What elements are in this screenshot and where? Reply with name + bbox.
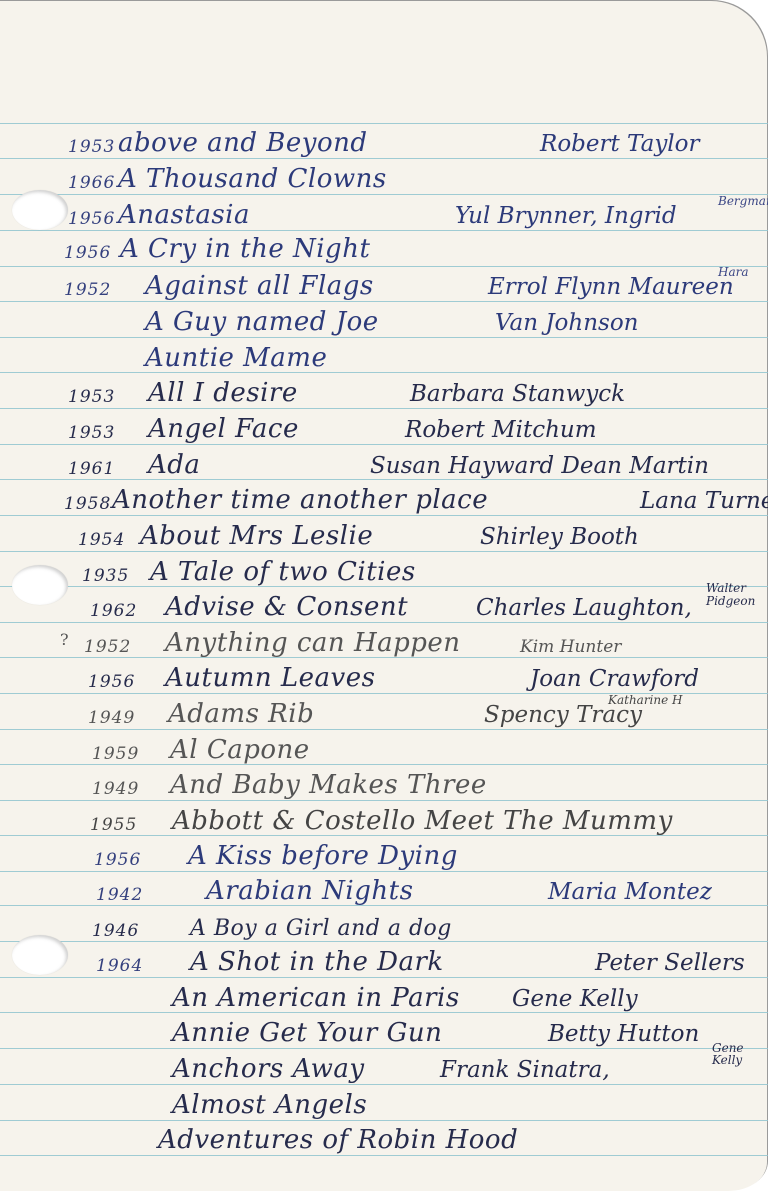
entry-star: Betty Hutton bbox=[548, 1023, 699, 1046]
notebook-page: 1953 above and Beyond Robert Taylor 1966… bbox=[0, 0, 768, 1191]
list-entry: 1953 All I desire Barbara Stanwyck bbox=[0, 372, 768, 408]
list-entry: 1935 A Tale of two Cities bbox=[0, 551, 768, 587]
entry-title: Autumn Leaves bbox=[165, 665, 375, 691]
entry-year: 1956 bbox=[64, 245, 111, 262]
list-entry: 1953 Angel Face Robert Mitchum bbox=[0, 408, 768, 444]
entry-title: Against all Flags bbox=[145, 273, 374, 299]
entry-star: Maria Montez bbox=[548, 881, 712, 904]
entry-title: Abbott & Costello Meet The Mummy bbox=[172, 808, 673, 834]
entry-star: Barbara Stanwyck bbox=[410, 383, 625, 406]
entry-year: 1961 bbox=[68, 461, 115, 478]
entry-year: 1958 bbox=[64, 496, 111, 513]
entry-title: Adventures of Robin Hood bbox=[158, 1127, 518, 1153]
entry-title: A Thousand Clowns bbox=[118, 166, 387, 192]
entry-star: Spency Tracy bbox=[484, 704, 642, 727]
entry-star: Robert Mitchum bbox=[405, 419, 597, 442]
list-entry: Adventures of Robin Hood bbox=[0, 1119, 768, 1155]
list-entry: 1962 Advise & Consent Charles Laughton, … bbox=[0, 586, 768, 622]
entry-star: Van Johnson bbox=[495, 312, 639, 335]
entry-year: 1935 bbox=[82, 568, 129, 585]
entry-year: 1954 bbox=[78, 532, 125, 549]
list-entry: 1964 A Shot in the Dark Peter Sellers bbox=[0, 941, 768, 977]
entry-year: 1956 bbox=[68, 211, 115, 228]
entry-star: Charles Laughton, bbox=[476, 597, 692, 620]
entry-title: A Kiss before Dying bbox=[188, 843, 458, 869]
list-entry: 1952 Against all Flags Errol Flynn Maure… bbox=[0, 265, 768, 301]
entry-note: Hara bbox=[718, 265, 749, 279]
entry-title: Auntie Mame bbox=[145, 345, 327, 371]
entry-title: A Cry in the Night bbox=[120, 236, 370, 262]
entry-year: 1956 bbox=[94, 852, 141, 869]
entry-note: Katharine H bbox=[608, 693, 683, 707]
entry-title: Al Capone bbox=[170, 737, 310, 763]
entry-year: 1949 bbox=[92, 781, 139, 798]
entry-year: 1966 bbox=[68, 175, 115, 192]
list-entry: ? 1952 Anything can Happen Kim Hunter bbox=[0, 622, 768, 658]
entry-title: An American in Paris bbox=[172, 985, 460, 1011]
list-entry: 1956 A Kiss before Dying bbox=[0, 835, 768, 871]
entry-title: Advise & Consent bbox=[165, 594, 408, 620]
entry-title: A Boy a Girl and a dog bbox=[190, 918, 452, 940]
list-entry: 1946 A Boy a Girl and a dog bbox=[0, 906, 768, 942]
list-entry: An American in Paris Gene Kelly bbox=[0, 977, 768, 1013]
entry-title: Anchors Away bbox=[172, 1056, 365, 1082]
list-entry: 1959 Al Capone bbox=[0, 729, 768, 765]
entry-title: A Shot in the Dark bbox=[190, 949, 444, 975]
entry-star: Lana Turner bbox=[640, 490, 768, 513]
entry-year: 1952 bbox=[64, 282, 111, 299]
entry-star: Frank Sinatra, bbox=[440, 1059, 610, 1082]
list-entry: 1949 Adams Rib Spency Tracy Katharine H bbox=[0, 693, 768, 729]
list-entry: 1955 Abbott & Costello Meet The Mummy bbox=[0, 800, 768, 836]
list-entry: 1966 A Thousand Clowns bbox=[0, 158, 768, 194]
entry-title: Angel Face bbox=[148, 416, 299, 442]
entry-title: Anastasia bbox=[118, 202, 250, 228]
list-entry: 1956 Anastasia Yul Brynner, Ingrid Bergm… bbox=[0, 194, 768, 230]
entry-year: 1955 bbox=[90, 817, 137, 834]
list-entry: 1954 About Mrs Leslie Shirley Booth bbox=[0, 515, 768, 551]
entry-title: All I desire bbox=[148, 380, 298, 406]
entry-title: And Baby Makes Three bbox=[170, 772, 487, 798]
entry-title: Annie Get Your Gun bbox=[172, 1020, 442, 1046]
entry-title: Another time another place bbox=[112, 487, 488, 513]
entry-star: Gene Kelly bbox=[512, 988, 638, 1011]
entry-title: Almost Angels bbox=[172, 1092, 367, 1118]
list-entry: 1956 Autumn Leaves Joan Crawford bbox=[0, 657, 768, 693]
entry-year: 1952 bbox=[84, 639, 131, 656]
list-entry: A Guy named Joe Van Johnson bbox=[0, 301, 768, 337]
list-entry: 1956 A Cry in the Night bbox=[0, 228, 768, 264]
entry-year: 1964 bbox=[96, 958, 143, 975]
entry-title: A Guy named Joe bbox=[145, 309, 379, 335]
list-entry: Auntie Mame bbox=[0, 337, 768, 373]
entry-title: Ada bbox=[148, 452, 200, 478]
entry-title: About Mrs Leslie bbox=[140, 523, 373, 549]
ruled-line bbox=[0, 1155, 768, 1156]
list-entry: Anchors Away Frank Sinatra, Gene Kelly bbox=[0, 1048, 768, 1084]
entry-year: 1956 bbox=[88, 674, 135, 691]
list-entry: 1958 Another time another place Lana Tur… bbox=[0, 479, 768, 515]
entry-year: 1953 bbox=[68, 389, 115, 406]
list-entry: 1953 above and Beyond Robert Taylor bbox=[0, 122, 768, 158]
entry-star: Kim Hunter bbox=[520, 639, 621, 656]
entry-year: 1949 bbox=[88, 710, 135, 727]
entry-star: Joan Crawford bbox=[530, 668, 699, 691]
entry-year: 1962 bbox=[90, 603, 137, 620]
list-entry: 1942 Arabian Nights Maria Montez bbox=[0, 870, 768, 906]
entry-title: Arabian Nights bbox=[206, 878, 413, 904]
entry-star: Robert Taylor bbox=[540, 133, 700, 156]
entry-title: Adams Rib bbox=[168, 701, 314, 727]
question-mark: ? bbox=[60, 630, 69, 649]
entry-title: Anything can Happen bbox=[165, 630, 461, 656]
entry-title: above and Beyond bbox=[118, 130, 368, 156]
entry-note: Walter Pidgeon bbox=[706, 582, 766, 608]
entry-note: Gene Kelly bbox=[712, 1042, 762, 1066]
entry-star: Yul Brynner, Ingrid bbox=[455, 205, 677, 228]
entry-title: A Tale of two Cities bbox=[150, 559, 416, 585]
entry-star: Shirley Booth bbox=[480, 526, 639, 549]
entry-year: 1946 bbox=[92, 923, 139, 940]
list-entry: Annie Get Your Gun Betty Hutton bbox=[0, 1012, 768, 1048]
list-entry: 1961 Ada Susan Hayward Dean Martin bbox=[0, 444, 768, 480]
entry-star: Susan Hayward Dean Martin bbox=[370, 455, 709, 478]
list-entry: Almost Angels bbox=[0, 1084, 768, 1120]
entry-year: 1959 bbox=[92, 746, 139, 763]
entry-year: 1953 bbox=[68, 425, 115, 442]
entry-note: Bergman bbox=[718, 194, 768, 208]
entry-star: Errol Flynn Maureen bbox=[488, 276, 734, 299]
entry-year: 1942 bbox=[96, 887, 143, 904]
entry-star: Peter Sellers bbox=[595, 952, 745, 975]
list-entry: 1949 And Baby Makes Three bbox=[0, 764, 768, 800]
entry-year: 1953 bbox=[68, 139, 115, 156]
